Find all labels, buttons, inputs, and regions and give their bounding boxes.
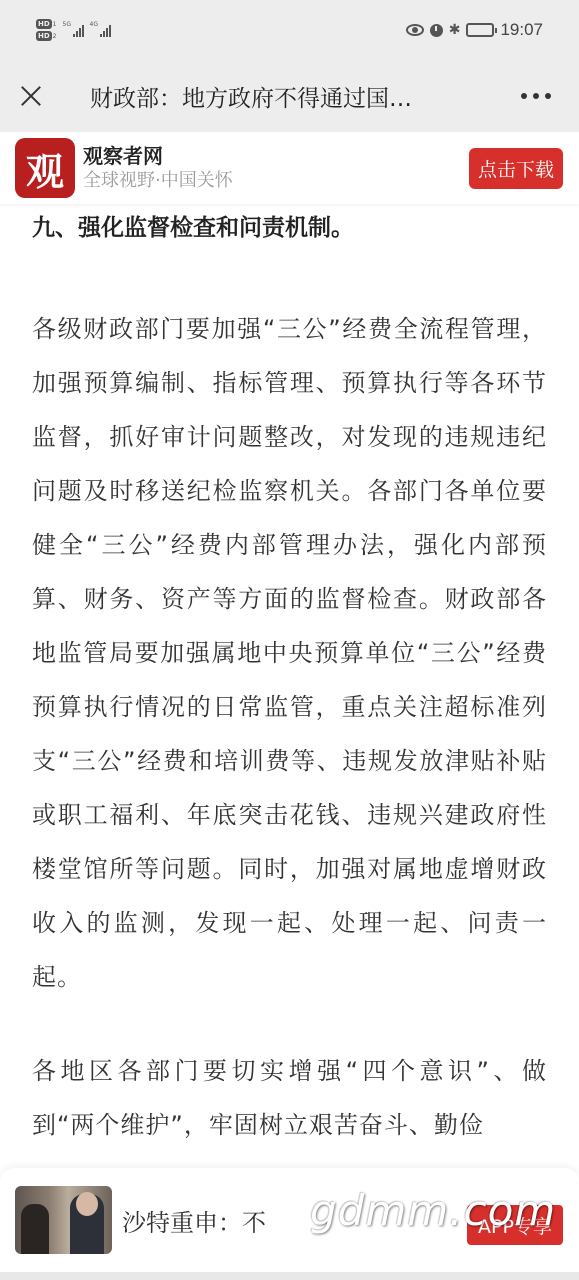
system-indicators: ✱ 19:07 xyxy=(406,20,543,40)
signal-5g-icon: 5G xyxy=(63,23,84,37)
hd-icon: HD xyxy=(36,31,52,41)
clock: 19:07 xyxy=(500,20,543,40)
more-icon-dot xyxy=(533,93,539,99)
more-icon-dot xyxy=(521,93,527,99)
eye-icon xyxy=(406,24,424,36)
network-indicators: HD 1 HD 2 5G 4G xyxy=(36,19,111,41)
signal-4g-icon: 4G xyxy=(90,23,111,37)
hd-voice-indicators: HD 1 HD 2 xyxy=(36,19,57,41)
battery-icon xyxy=(466,23,494,37)
status-bar: HD 1 HD 2 5G 4G xyxy=(0,0,579,60)
bluetooth-icon: ✱ xyxy=(449,22,461,38)
network-type-label: 5G xyxy=(63,21,71,28)
app-logo: 观 xyxy=(15,138,75,198)
article-body: 九、强化监督检查和问责机制。 各级财政部门要加强“三公”经费全流程管理，加强预算… xyxy=(0,204,579,1152)
hd-badge-sim2: HD 2 xyxy=(36,31,57,41)
app-promo-banner: 观 观察者网 全球视野·中国关怀 点击下载 xyxy=(0,132,579,204)
news-title: 沙特重申：不 xyxy=(122,1203,266,1238)
section-heading: 九、强化监督检查和问责机制。 xyxy=(32,204,547,252)
hd-icon: HD xyxy=(36,19,52,29)
more-options-button[interactable] xyxy=(521,93,551,99)
bottom-edge xyxy=(0,1272,579,1280)
brand-slogan: 全球视野·中国关怀 xyxy=(83,169,233,193)
article-paragraph: 各地区各部门要切实增强“四个意识”、做到“两个维护”，牢固树立艰苦奋斗、勤俭 xyxy=(32,1044,547,1152)
alarm-icon xyxy=(430,24,443,37)
download-button[interactable]: 点击下载 xyxy=(469,148,563,189)
page-title: 财政部：地方政府不得通过国… xyxy=(90,80,480,113)
more-icon-dot xyxy=(545,93,551,99)
app-exclusive-button[interactable]: APP专享 xyxy=(467,1205,563,1245)
webview-nav-bar: 财政部：地方政府不得通过国… xyxy=(0,60,579,132)
close-icon[interactable] xyxy=(16,81,46,111)
article-paragraph: 各级财政部门要加强“三公”经费全流程管理，加强预算编制、指标管理、预算执行等各环… xyxy=(32,302,547,1004)
sim-number: 1 xyxy=(53,21,57,28)
brand-info: 观察者网 全球视野·中国关怀 xyxy=(83,143,233,193)
sim-number: 2 xyxy=(53,33,57,40)
news-thumbnail xyxy=(15,1186,112,1254)
network-type-label: 4G xyxy=(90,21,98,28)
brand-name: 观察者网 xyxy=(83,143,233,169)
hd-badge-sim1: HD 1 xyxy=(36,19,57,29)
